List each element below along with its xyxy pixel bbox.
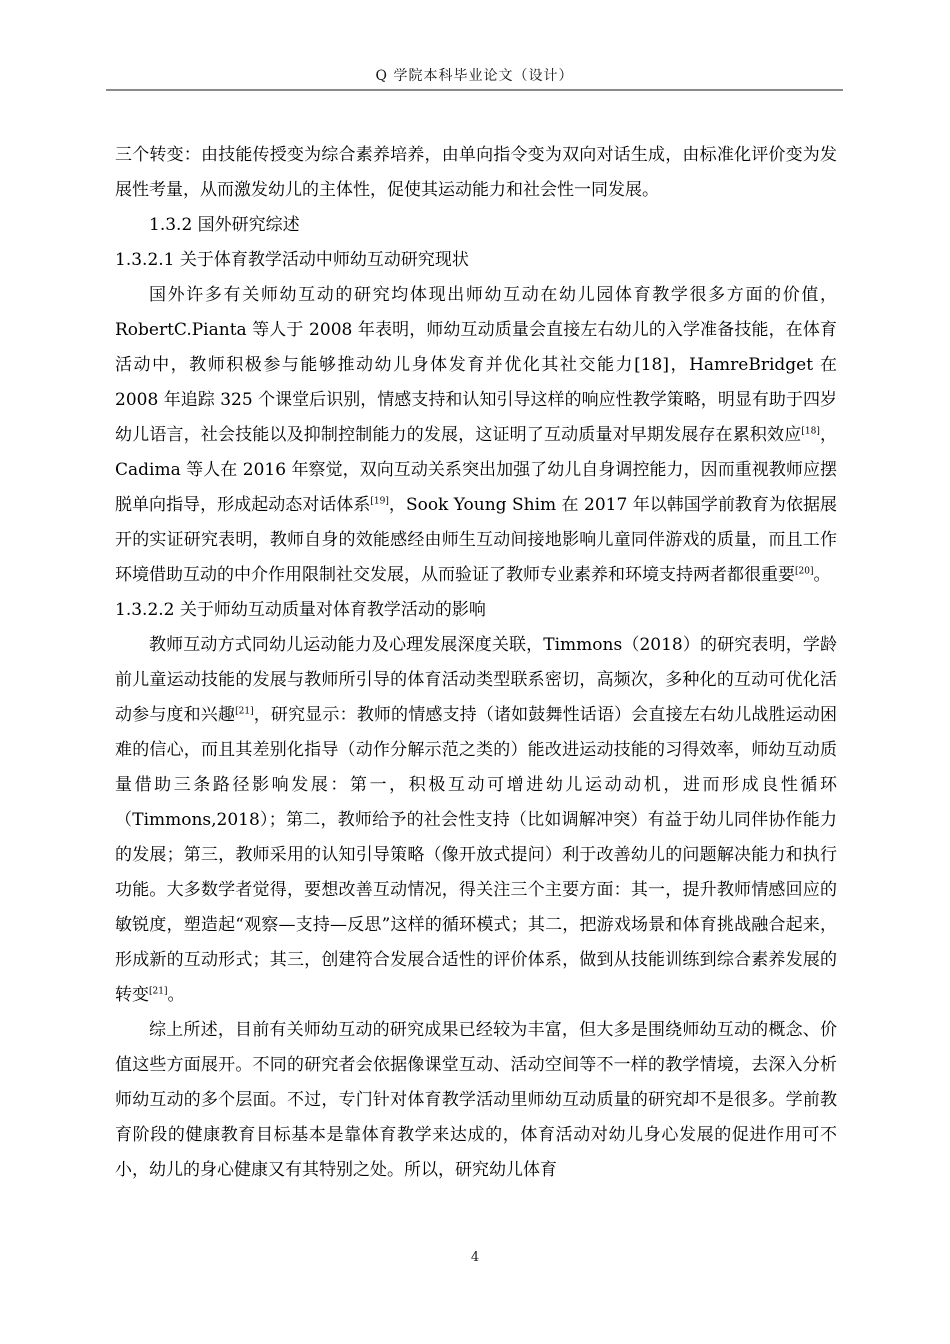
page-number: 4	[0, 1250, 950, 1265]
page-header-title: Q 学院本科毕业论文（设计）	[106, 66, 843, 86]
document-body: 三个转变：由技能传授变为综合素养培养，由单向指令变为双向对话生成，由标准化评价变…	[115, 138, 837, 1188]
paragraph-interaction-quality-impact: 教师互动方式同幼儿运动能力及心理发展深度关联，Timmons（2018）的研究表…	[115, 628, 837, 1013]
section-heading-1-3-2-1: 1.3.2.1 关于体育教学活动中师幼互动研究现状	[115, 243, 837, 278]
intro-paragraph: 三个转变：由技能传授变为综合素养培养，由单向指令变为双向对话生成，由标准化评价变…	[115, 138, 837, 208]
section-heading-1-3-2: 1.3.2 国外研究综述	[115, 208, 837, 243]
citation-19: [19]	[370, 496, 388, 506]
paragraph-foreign-research-status: 国外许多有关师幼互动的研究均体现出师幼互动在幼儿园体育教学很多方面的价值，Rob…	[115, 278, 837, 593]
paragraph-text: 。	[813, 565, 830, 585]
citation-20: [20]	[795, 566, 813, 576]
summary-paragraph: 综上所述，目前有关师幼互动的研究成果已经较为丰富，但大多是围绕师幼互动的概念、价…	[115, 1013, 837, 1188]
header-divider	[106, 89, 843, 91]
citation-21: [21]	[235, 706, 253, 716]
citation-18: [18]	[801, 426, 819, 436]
paragraph-text: 国外许多有关师幼互动的研究均体现出师幼互动在幼儿园体育教学很多方面的价值，Rob…	[115, 285, 837, 445]
paragraph-text: ，研究显示：教师的情感支持（诸如鼓舞性话语）会直接左右幼儿战胜运动困难的信心，而…	[115, 705, 837, 1005]
section-heading-1-3-2-2: 1.3.2.2 关于师幼互动质量对体育教学活动的影响	[115, 593, 837, 628]
paragraph-text: 。	[167, 985, 184, 1005]
citation-21: [21]	[149, 986, 167, 996]
